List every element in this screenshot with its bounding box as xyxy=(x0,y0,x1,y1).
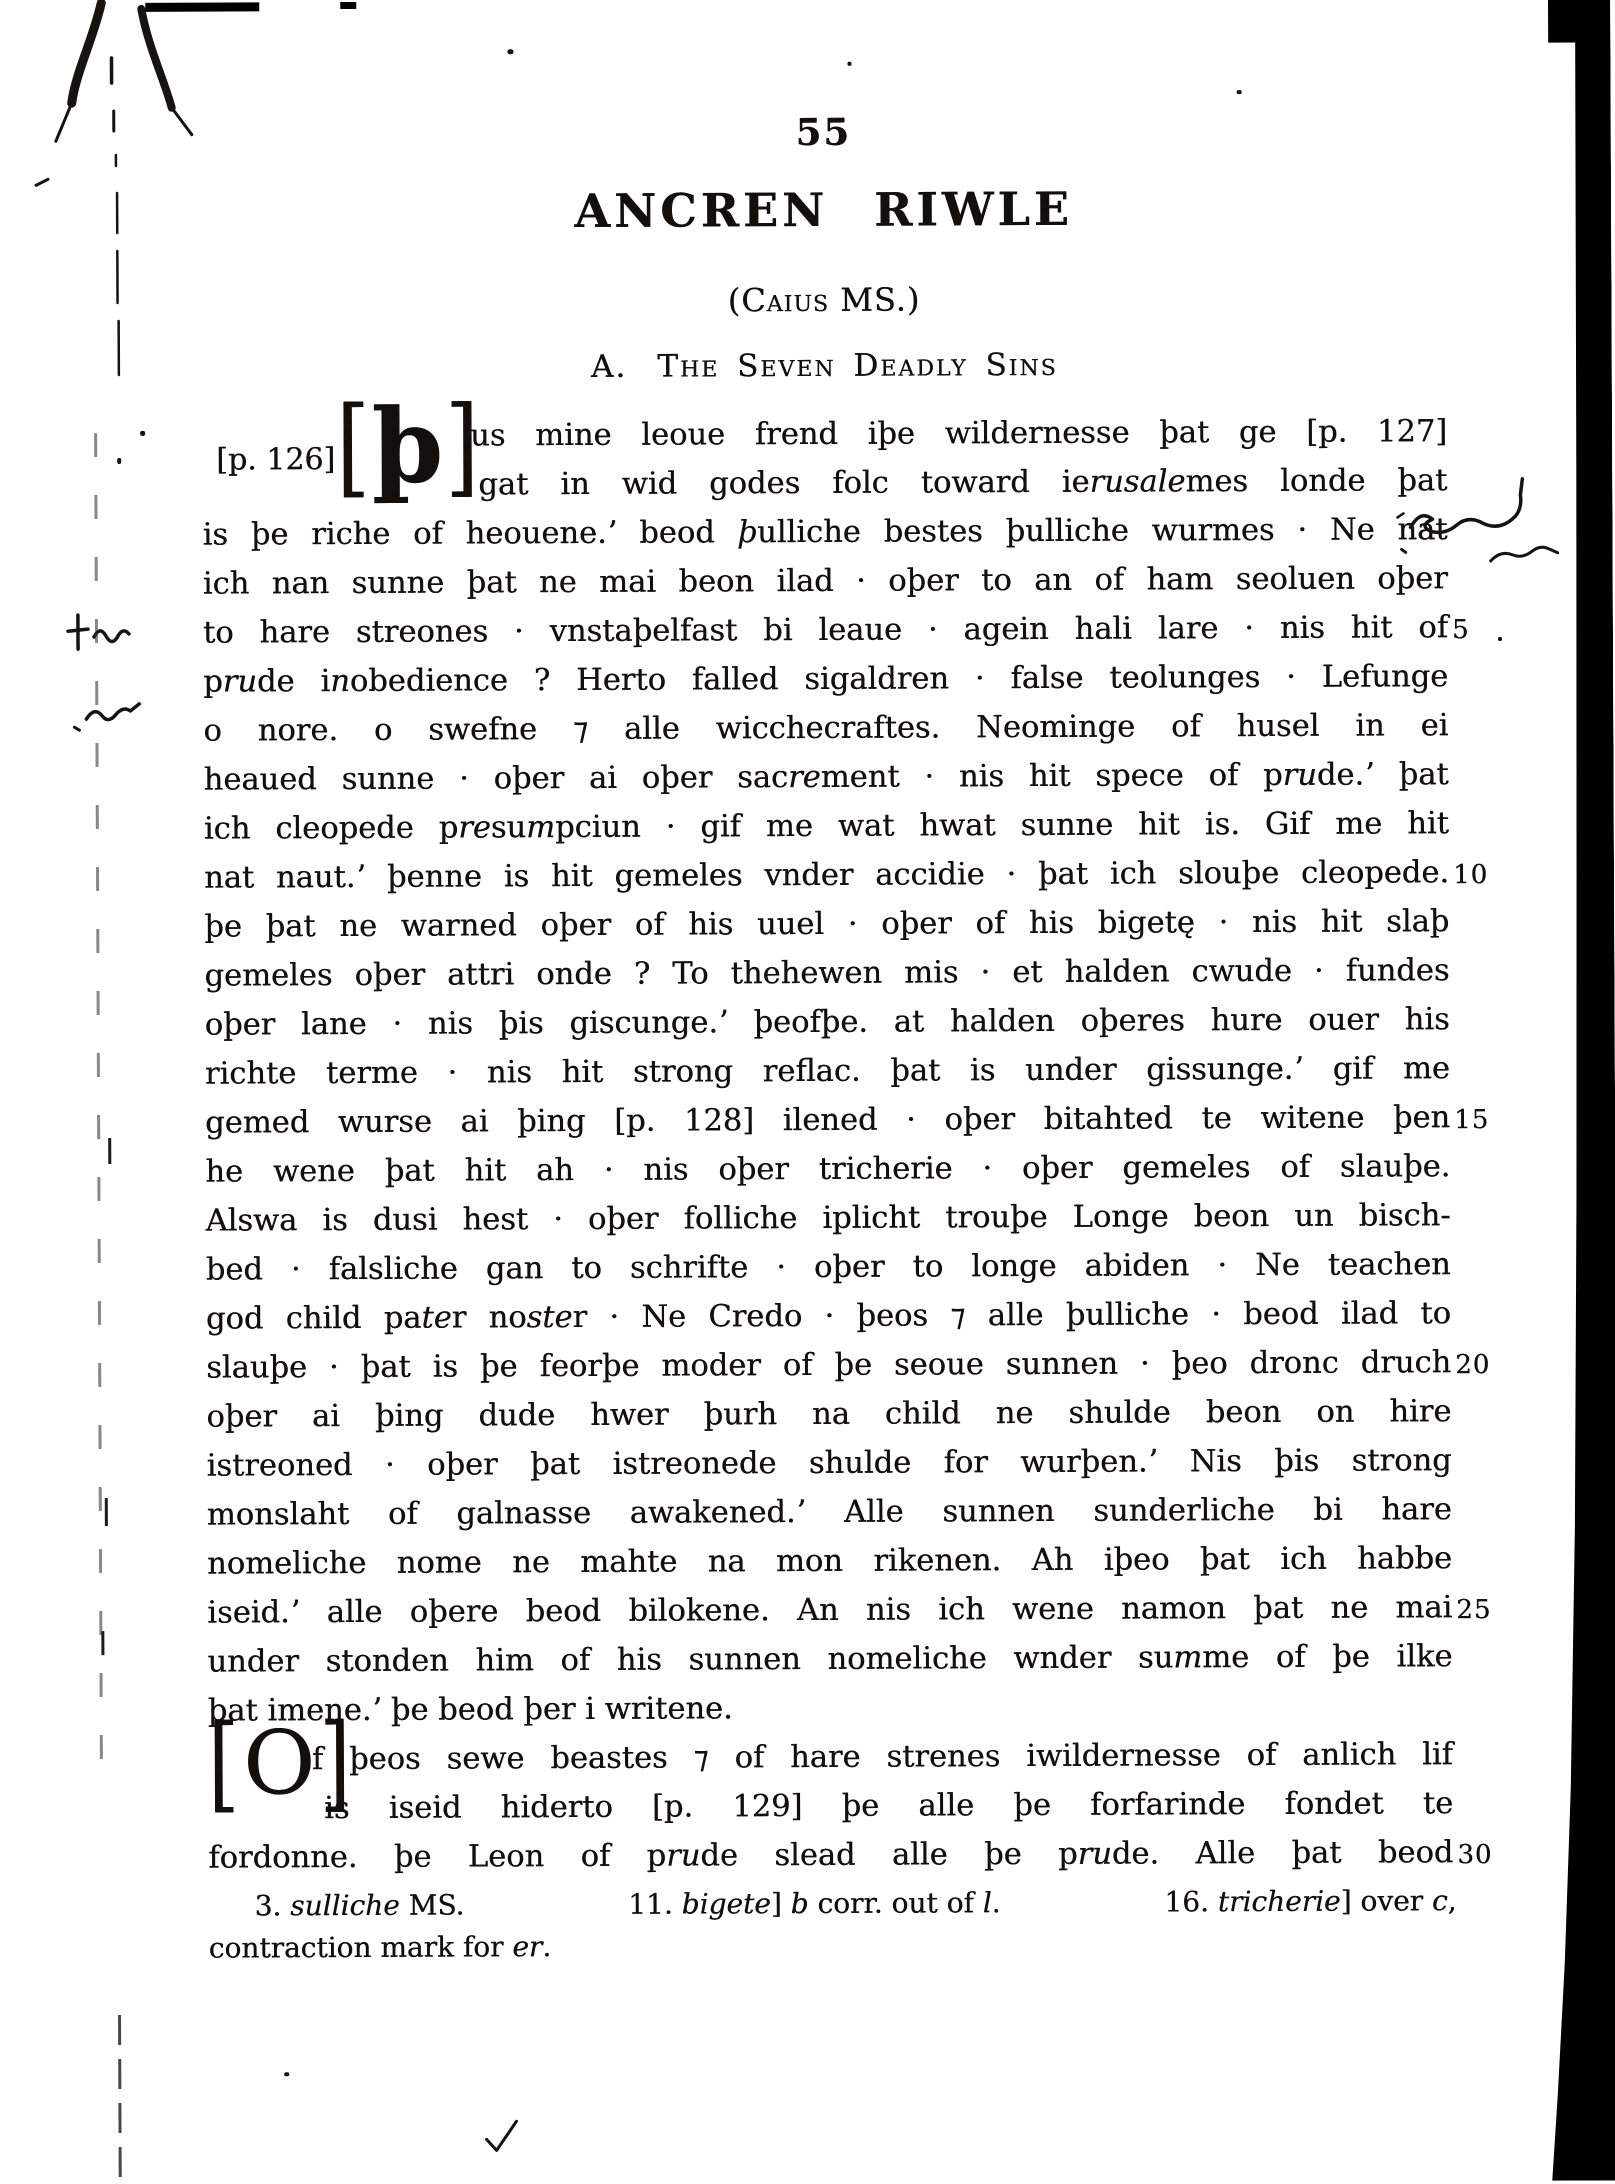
text-line: monslaht of galnasse awakened.ʼ Alle sun… xyxy=(207,1485,1452,1539)
footnote-item: 16. tricherie] over c, xyxy=(1164,1881,1456,1922)
text-line: þe þat ne warned oþer of his uuel · oþer… xyxy=(204,897,1449,951)
scan-speck xyxy=(1498,637,1502,641)
text-line: fordonne. þe Leon of prude slead alle þe… xyxy=(208,1828,1453,1882)
section-letter: A. xyxy=(591,349,627,385)
body-text-column: [p. 126] [ þ ] us mine leoue frend iþe w… xyxy=(202,407,1453,1882)
footnote-item: 3. sulliche MS. xyxy=(254,1886,464,1927)
line-number: 10 xyxy=(1453,851,1503,900)
text-line: is iseid hiderto [p. 129] þe alle þe for… xyxy=(208,1779,1453,1833)
handwritten-left-margin-marks xyxy=(56,591,187,752)
text-line: oþer lane · nis þis giscunge.ʼ þeofþe. a… xyxy=(205,995,1450,1049)
text-line: us mine leoue frend iþe wildernesse þat … xyxy=(202,407,1447,461)
section-heading: A.The Seven Deadly Sins xyxy=(202,345,1447,386)
scan-speck xyxy=(140,431,145,436)
section-title: The Seven Deadly Sins xyxy=(657,347,1058,385)
text-line: Alswa is dusi hest · oþer folliche iplic… xyxy=(205,1191,1450,1245)
text-line: þat imene.ʼ þe beod þer i writene. xyxy=(208,1681,1453,1735)
scan-speck xyxy=(507,49,513,54)
page-title: ANCREN RIWLE xyxy=(201,180,1446,239)
text-line: iseid.ʼ alle oþere beod bilokene. An nis… xyxy=(207,1583,1452,1637)
text-line: oþer ai þing dude hwer þurh na child ne … xyxy=(206,1387,1451,1441)
text-line: is þe riche of heouene.ʼ beod þulliche b… xyxy=(202,505,1447,559)
text-line: prude inobedience ? Herto falled sigaldr… xyxy=(203,652,1448,706)
scan-speck xyxy=(101,1631,104,1655)
text-line: ich cleopede presumpciun · gif me wat hw… xyxy=(204,799,1449,853)
scanned-book-page: 55 ANCREN RIWLE (Caius MS.) A.The Seven … xyxy=(0,0,1615,2184)
ink-scratch-top-left xyxy=(23,3,225,404)
text-line: bed · falsliche gan to schrifte · oþer t… xyxy=(206,1240,1451,1294)
scan-speck xyxy=(105,1498,108,1526)
line-number: 30 xyxy=(1457,1831,1507,1880)
line-number: 25 xyxy=(1456,1586,1506,1635)
text-line: slauþe · þat is þe feorþe moder of þe se… xyxy=(206,1338,1451,1392)
text-line: ich nan sunne þat ne mai beon ilad · oþe… xyxy=(203,554,1448,608)
footnote-carryover-line: contraction mark for er. xyxy=(209,1923,1457,1968)
scan-speck xyxy=(284,2072,289,2076)
scan-edge-mark xyxy=(340,2,356,9)
text-line: god child pater noster · Ne Credo · þeos… xyxy=(206,1289,1451,1343)
text-line: gemeles oþer attri onde ? To thehewen mi… xyxy=(204,946,1449,1000)
text-line: o nore. o swefne ⁊ alle wicchecraftes. N… xyxy=(203,701,1448,755)
text-line: nomeliche nome ne mahte na mon rikenen. … xyxy=(207,1534,1452,1588)
page-number: 55 xyxy=(201,107,1446,156)
text-line: he wene þat hit ah · nis oþer tricherie … xyxy=(205,1142,1450,1196)
paragraph-1: us mine leoue frend iþe wildernesse þat … xyxy=(202,407,1453,1735)
text-line: heaued sunne · oþer ai oþer sacrement · … xyxy=(204,750,1449,804)
scan-speck xyxy=(848,62,852,66)
footnotes: 3. sulliche MS.11. bigete] b corr. out o… xyxy=(208,1881,1456,1968)
footnote-item: 11. bigete] b corr. out of l. xyxy=(628,1883,1001,1925)
scan-speck xyxy=(1237,90,1242,94)
handwritten-marginalia xyxy=(1395,465,1600,581)
text-line: gat in wid godes folc toward ierusalemes… xyxy=(202,456,1447,510)
check-scratch-bottom xyxy=(476,2113,528,2159)
scan-speck xyxy=(108,1138,111,1164)
scan-speck xyxy=(117,458,121,464)
scan-fold-line-bottom-left xyxy=(118,2015,122,2184)
scan-black-border-right xyxy=(1535,0,1615,2181)
line-number: 15 xyxy=(1454,1096,1504,1145)
text-line: richte terme · nis hit strong reflac. þa… xyxy=(205,1044,1450,1098)
paragraph-2: f þeos sewe beastes ⁊ of hare strenes iw… xyxy=(208,1730,1454,1882)
manuscript-label: (Caius MS.) xyxy=(201,278,1446,321)
footnote-row: 3. sulliche MS.11. bigete] b corr. out o… xyxy=(208,1881,1456,1926)
line-number: 20 xyxy=(1455,1341,1505,1390)
text-line: to hare streones · vnstaþelfast bi leaue… xyxy=(203,603,1448,657)
text-line: under stonden him of his sunnen nomelich… xyxy=(207,1632,1452,1686)
text-line: istreoned · oþer þat istreonede shulde f… xyxy=(207,1436,1452,1490)
text-line: nat naut.ʼ þenne is hit gemeles vnder ac… xyxy=(204,848,1449,902)
text-line: f þeos sewe beastes ⁊ of hare strenes iw… xyxy=(208,1730,1453,1784)
text-line: gemed wurse ai þing [p. 128] ilened · oþ… xyxy=(205,1093,1450,1147)
line-number: 5 xyxy=(1452,606,1502,655)
